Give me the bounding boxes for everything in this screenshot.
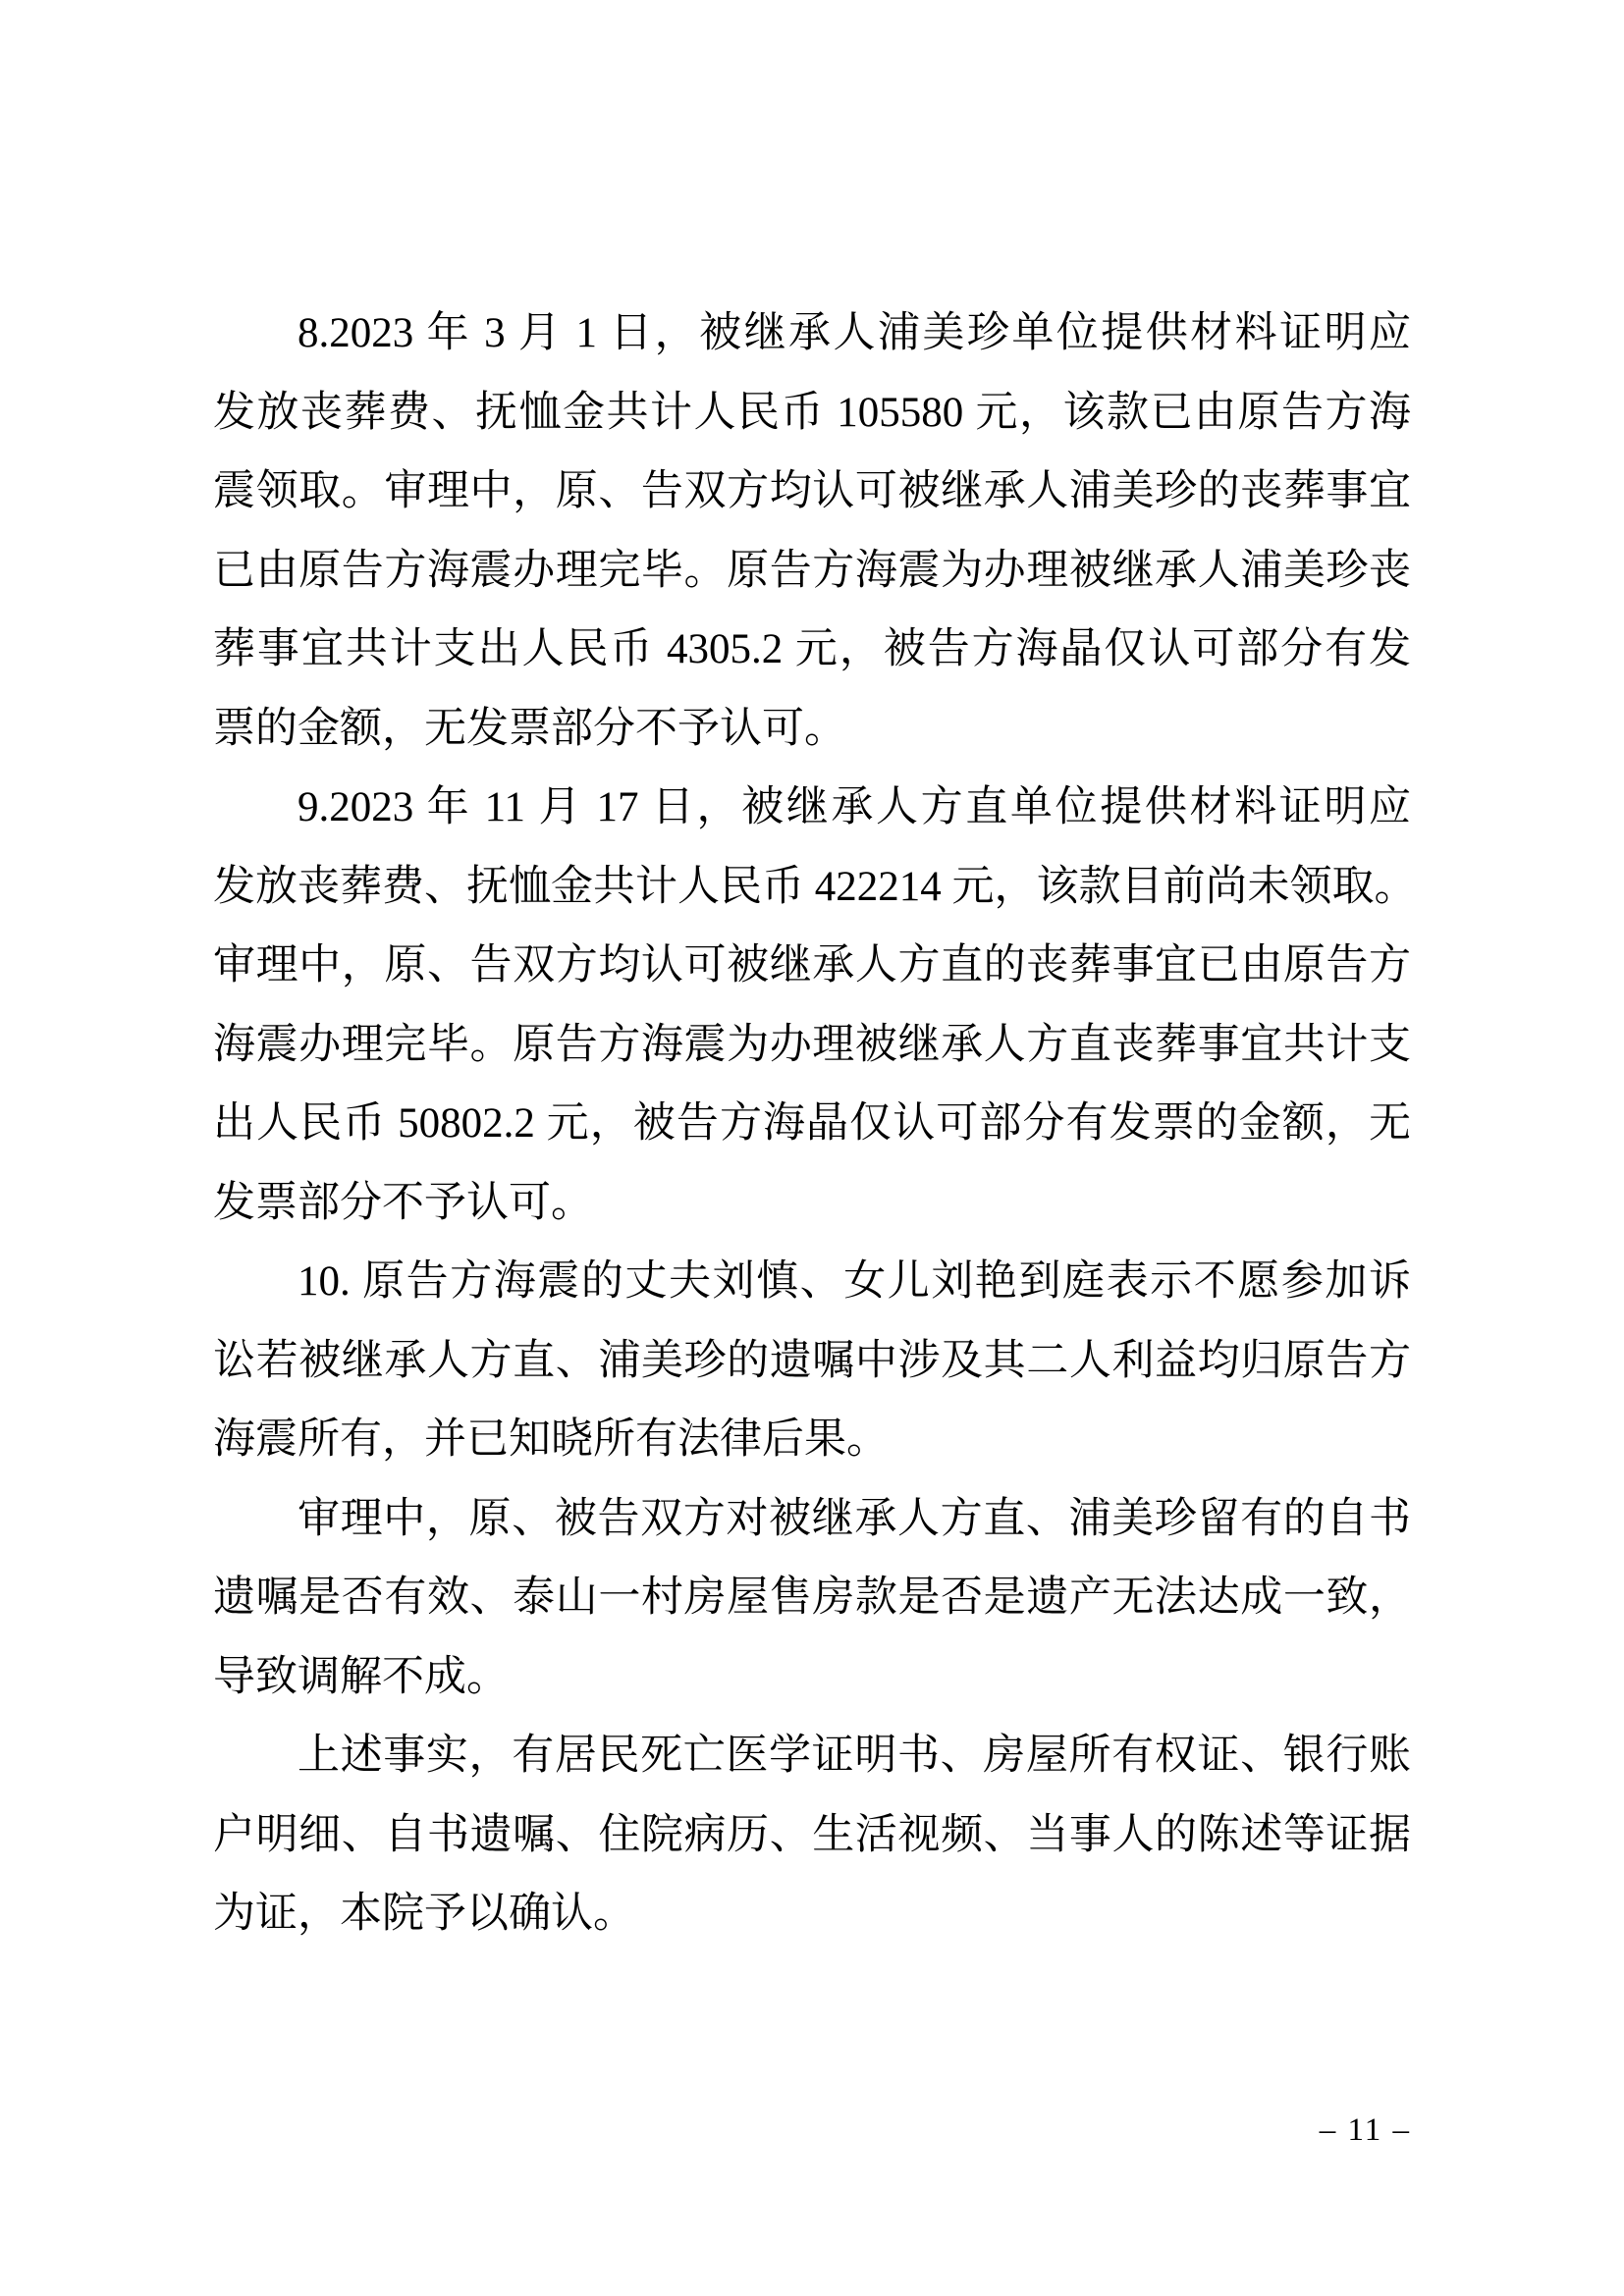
text-line: 为证，本院予以确认。: [213, 1875, 1411, 1954]
text-line: 9.2023 年 11 月 17 日，被继承人方直单位提供材料证明应: [213, 769, 1411, 848]
text-line: 发放丧葬费、抚恤金共计人民币 105580 元，该款已由原告方海: [213, 374, 1411, 454]
page-footer: – 11 –: [1320, 2109, 1411, 2152]
text-line: 出人民币 50802.2 元，被告方海晶仅认可部分有发票的金额，无: [213, 1085, 1411, 1164]
text-line: 8.2023 年 3 月 1 日，被继承人浦美珍单位提供材料证明应: [213, 294, 1411, 374]
document-body: 8.2023 年 3 月 1 日，被继承人浦美珍单位提供材料证明应发放丧葬费、抚…: [213, 294, 1411, 1954]
paragraph-fact-8: 8.2023 年 3 月 1 日，被继承人浦美珍单位提供材料证明应发放丧葬费、抚…: [213, 294, 1411, 769]
text-line: 发票部分不予认可。: [213, 1164, 1411, 1244]
text-line: 已由原告方海震办理完毕。原告方海震为办理被继承人浦美珍丧: [213, 532, 1411, 612]
text-line: 海震所有，并已知晓所有法律后果。: [213, 1401, 1411, 1480]
paragraph-mediation: 审理中，原、被告双方对被继承人方直、浦美珍留有的自书遗嘱是否有效、泰山一村房屋售…: [213, 1480, 1411, 1718]
text-line: 遗嘱是否有效、泰山一村房屋售房款是否是遗产无法达成一致，: [213, 1559, 1411, 1638]
text-line: 讼若被继承人方直、浦美珍的遗嘱中涉及其二人利益均归原告方: [213, 1322, 1411, 1402]
text-line: 葬事宜共计支出人民币 4305.2 元，被告方海晶仅认可部分有发: [213, 611, 1411, 690]
paragraph-fact-9: 9.2023 年 11 月 17 日，被继承人方直单位提供材料证明应发放丧葬费、…: [213, 769, 1411, 1243]
page-number: – 11 –: [1320, 2112, 1411, 2148]
text-line: 上述事实，有居民死亡医学证明书、房屋所有权证、银行账: [213, 1717, 1411, 1796]
text-line: 发放丧葬费、抚恤金共计人民币 422214 元，该款目前尚未领取。: [213, 848, 1411, 928]
text-line: 10. 原告方海震的丈夫刘慎、女儿刘艳到庭表示不愿参加诉: [213, 1243, 1411, 1322]
document-page: 8.2023 年 3 月 1 日，被继承人浦美珍单位提供材料证明应发放丧葬费、抚…: [0, 0, 1624, 2296]
text-line: 震领取。审理中，原、告双方均认可被继承人浦美珍的丧葬事宜: [213, 453, 1411, 532]
text-line: 审理中，原、告双方均认可被继承人方直的丧葬事宜已由原告方: [213, 927, 1411, 1006]
text-line: 票的金额，无发票部分不予认可。: [213, 690, 1411, 770]
paragraph-evidence: 上述事实，有居民死亡医学证明书、房屋所有权证、银行账户明细、自书遗嘱、住院病历、…: [213, 1717, 1411, 1954]
text-line: 审理中，原、被告双方对被继承人方直、浦美珍留有的自书: [213, 1480, 1411, 1560]
paragraph-fact-10: 10. 原告方海震的丈夫刘慎、女儿刘艳到庭表示不愿参加诉讼若被继承人方直、浦美珍…: [213, 1243, 1411, 1480]
text-line: 户明细、自书遗嘱、住院病历、生活视频、当事人的陈述等证据: [213, 1796, 1411, 1876]
text-line: 海震办理完毕。原告方海震为办理被继承人方直丧葬事宜共计支: [213, 1006, 1411, 1086]
text-line: 导致调解不成。: [213, 1638, 1411, 1718]
